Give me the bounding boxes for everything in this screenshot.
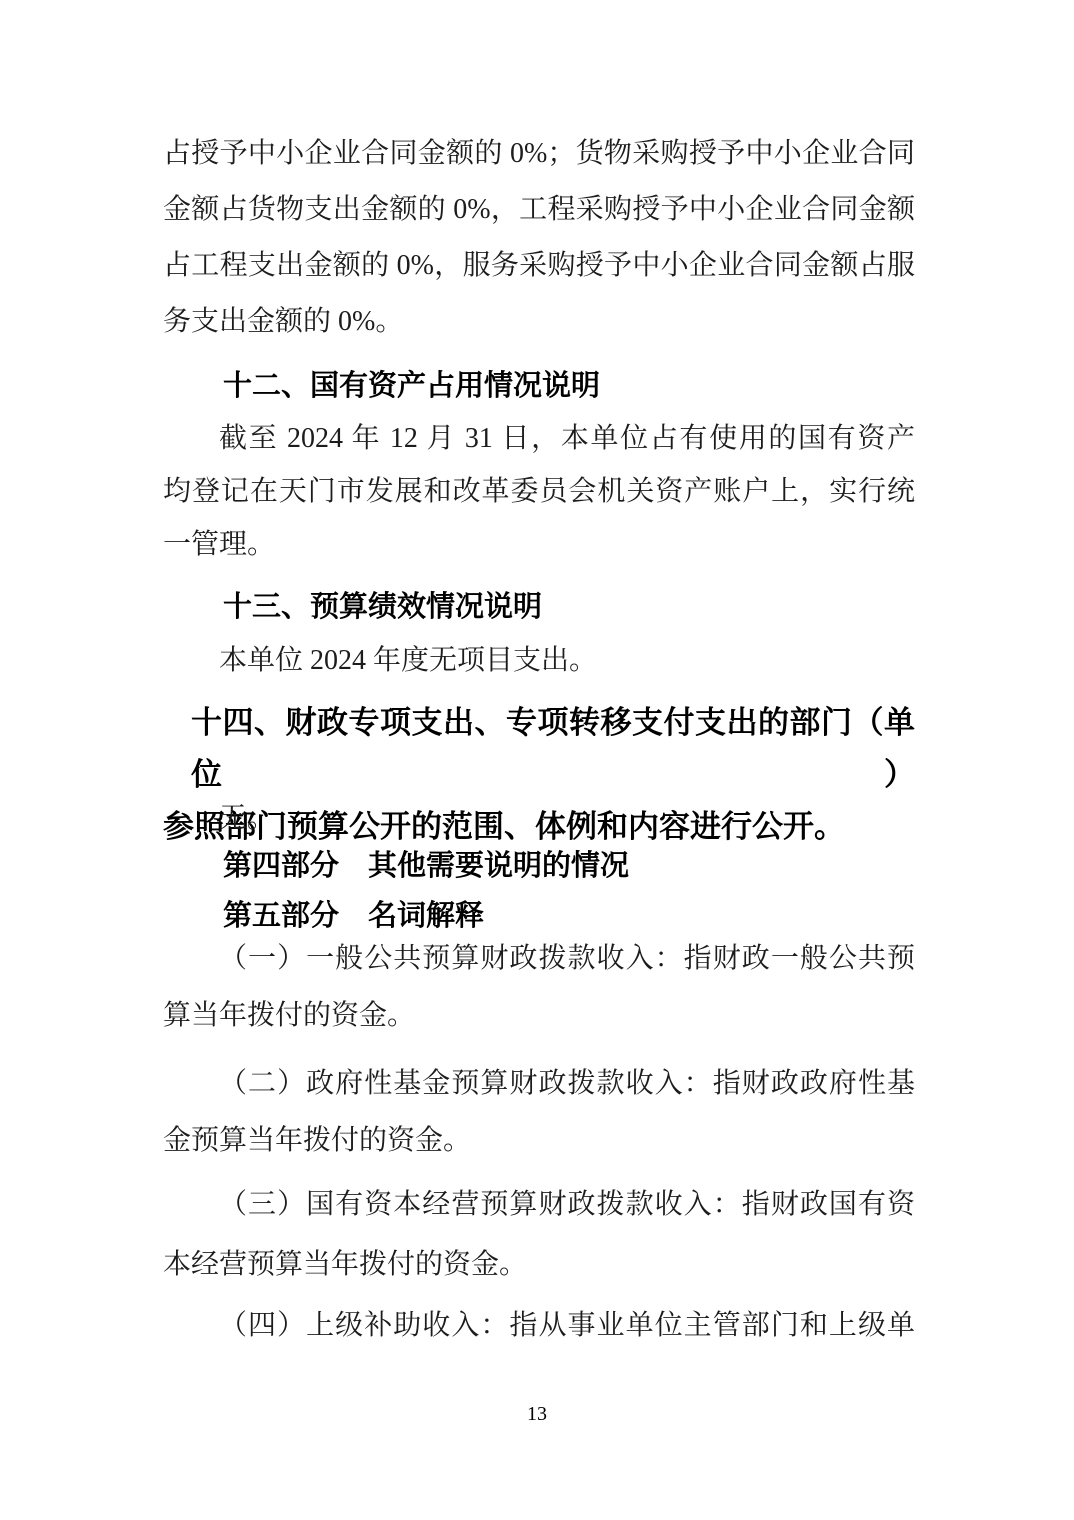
text-line: 金额占货物支出金额的 0%，工程采购授予中小企业合同金额 <box>163 182 915 238</box>
heading-line: 十二、国有资产占用情况说明 <box>163 358 915 414</box>
text-line: （三）国有资本经营预算财政拨款收入：指财政国有资 <box>163 1175 915 1235</box>
definition-item-1: （一）一般公共预算财政拨款收入：指财政一般公共预 算当年拨付的资金。 <box>163 930 915 1044</box>
heading-line: 十四、财政专项支出、专项转移支付支出的部门（单位） <box>163 697 915 801</box>
heading-line: 十三、预算绩效情况说明 <box>163 579 915 635</box>
text-line: （二）政府性基金预算财政拨款收入：指财政政府性基 <box>163 1055 915 1112</box>
definition-item-2: （二）政府性基金预算财政拨款收入：指财政政府性基 金预算当年拨付的资金。 <box>163 1055 915 1169</box>
text-line: 算当年拨付的资金。 <box>163 987 915 1044</box>
text-line: 均登记在天门市发展和改革委员会机关资产账户上，实行统 <box>163 465 915 518</box>
section-heading-12: 十二、国有资产占用情况说明 <box>163 358 915 414</box>
heading-line: 第四部分 其他需要说明的情况 <box>163 838 915 894</box>
definition-item-3: （三）国有资本经营预算财政拨款收入：指财政国有资 本经营预算当年拨付的资金。 <box>163 1175 915 1295</box>
page-number: 13 <box>0 1403 1074 1426</box>
text-line: 一管理。 <box>163 518 915 571</box>
text-line: 占授予中小企业合同金额的 0%；货物采购授予中小企业合同 <box>163 126 915 182</box>
text-line: 金预算当年拨付的资金。 <box>163 1112 915 1169</box>
paragraph-smb-procurement: 占授予中小企业合同金额的 0%；货物采购授予中小企业合同 金额占货物支出金额的 … <box>163 126 915 350</box>
text-line: 本经营预算当年拨付的资金。 <box>163 1235 915 1295</box>
part4-heading: 第四部分 其他需要说明的情况 <box>163 838 915 894</box>
text-line: 务支出金额的 0%。 <box>163 294 915 350</box>
paragraph-state-assets: 截至 2024 年 12 月 31 日，本单位占有使用的国有资产 均登记在天门市… <box>163 412 915 571</box>
paragraph-performance: 本单位 2024 年度无项目支出。 <box>163 634 915 687</box>
text-line: 本单位 2024 年度无项目支出。 <box>163 634 915 687</box>
definition-item-4: （四）上级补助收入：指从事业单位主管部门和上级单 <box>163 1296 915 1356</box>
text-line: 截至 2024 年 12 月 31 日，本单位占有使用的国有资产 <box>163 412 915 465</box>
text-line: 占工程支出金额的 0%，服务采购授予中小企业合同金额占服 <box>163 238 915 294</box>
text-line: （一）一般公共预算财政拨款收入：指财政一般公共预 <box>163 930 915 987</box>
document-page: 占授予中小企业合同金额的 0%；货物采购授予中小企业合同 金额占货物支出金额的 … <box>0 0 1074 1520</box>
text-line: （四）上级补助收入：指从事业单位主管部门和上级单 <box>163 1296 915 1356</box>
section-heading-13: 十三、预算绩效情况说明 <box>163 579 915 635</box>
